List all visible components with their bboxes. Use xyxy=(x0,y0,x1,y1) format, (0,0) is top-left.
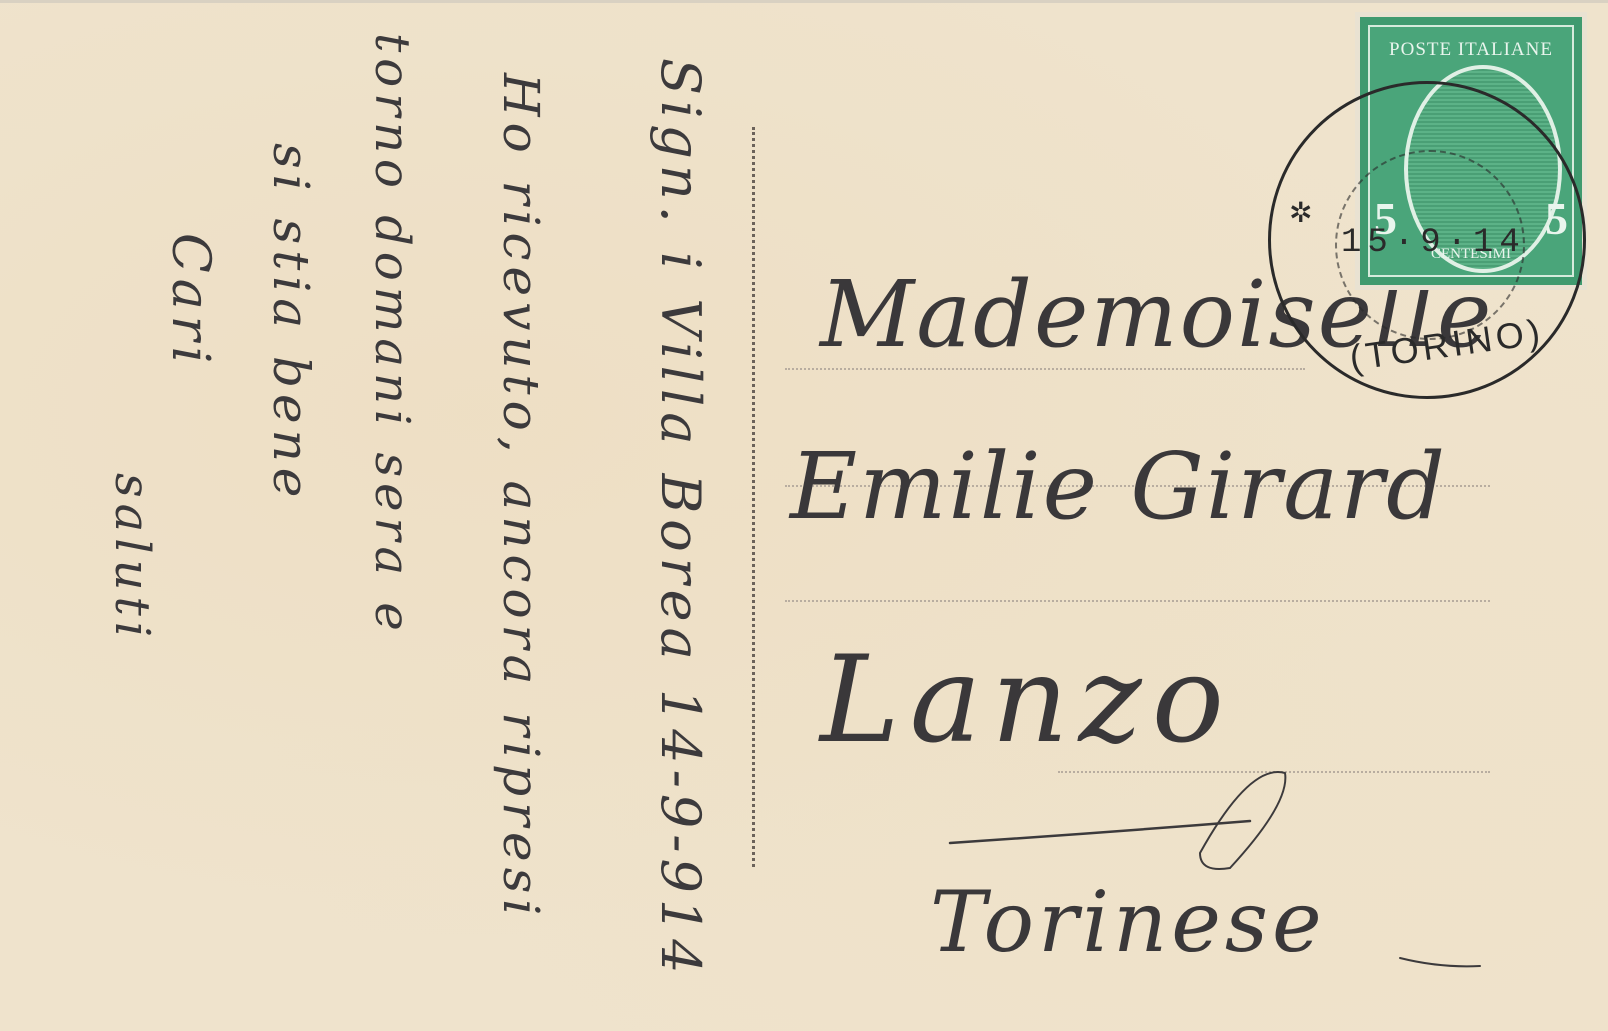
message-line-1: Sign. i Villa Borea 14-9-914 xyxy=(649,58,712,980)
message-line-6: saluti xyxy=(104,473,160,643)
message-line-4: si stia bene xyxy=(262,143,320,503)
star-icon: ✲ xyxy=(1289,196,1312,229)
message-line-2: Ho ricevuto, ancora ripresi xyxy=(492,73,550,921)
message-line-3: torno domani sera e xyxy=(364,33,420,637)
postcard: Sign. i Villa Borea 14-9-914 Ho ricevuto… xyxy=(0,0,1608,1031)
address-line-4: Torinese xyxy=(930,873,1326,971)
postmark-date: 15·9·14 xyxy=(1341,224,1526,262)
divider-line xyxy=(752,127,755,867)
address-line-2: Emilie Girard xyxy=(790,433,1447,540)
address-line-3: Lanzo xyxy=(820,631,1234,770)
postmark: ✲ 15·9·14 (TORINO) xyxy=(1268,81,1586,399)
stamp-country: POSTE ITALIANE xyxy=(1370,39,1572,61)
address-rule-4 xyxy=(1058,771,1490,773)
address-rule-3 xyxy=(785,600,1490,602)
message-line-5: Cari xyxy=(160,233,220,369)
address-rule-1 xyxy=(785,368,1305,370)
